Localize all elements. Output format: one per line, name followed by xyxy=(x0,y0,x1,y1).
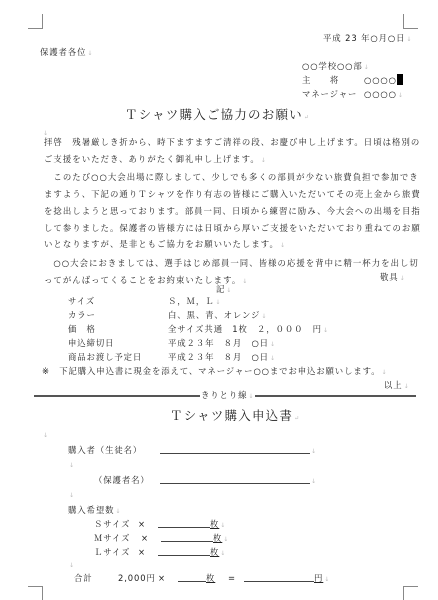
cut-line-label: きりとり線↓ xyxy=(200,389,255,401)
note: ※ 下記購入申込書に現金を添えて、マネージャー○○までお申込お願いします。↓ xyxy=(42,365,387,377)
detail-deadline: 申込締切日平成２３年 ８月 ○日↓ xyxy=(68,337,276,349)
text-cursor xyxy=(397,74,403,85)
detail-size: サイズＳ，Ｍ，Ｌ↓ xyxy=(68,295,221,307)
paragraph-mark: ↓ xyxy=(43,432,48,439)
size-s-quantity-blank[interactable] xyxy=(158,518,210,528)
paragraph-mark: ↓ xyxy=(69,492,74,499)
total-row: 合計2,000円×枚=円↓ xyxy=(74,572,330,584)
page-margin-corner-bottom-right xyxy=(403,586,418,600)
quantity-label: 購入希望数↓ xyxy=(68,504,121,516)
page-margin-corner-bottom-left xyxy=(28,586,43,600)
recipient: 保護者各位↓ xyxy=(40,46,93,58)
letter-body: 拝啓 残暑厳しき折から、時下ますますご清祥の段、お慶び申し上げます。日頃は格別の… xyxy=(44,134,404,290)
date: 平成 23 年○月○日↓ xyxy=(323,32,412,44)
size-l-quantity-blank[interactable] xyxy=(158,546,210,556)
letter-title: Ｔシャツ購入ご協力のお願い↵ xyxy=(125,105,310,123)
paragraph-mark: ↓ xyxy=(69,562,74,569)
page-margin-corner-top-left xyxy=(28,14,43,29)
sender-manager: マネージャー○○○○↓ xyxy=(302,88,404,100)
ki-heading: 記↓ xyxy=(216,283,232,295)
buyer-name-blank[interactable] xyxy=(160,444,310,454)
paragraph-mark: ↓ xyxy=(69,462,74,469)
closing-keigu: 敬具↓ xyxy=(380,271,406,283)
buyer-field: 購入者（生徒名）↓ xyxy=(68,444,317,456)
detail-price: 価 格全サイズ共通 1枚 ２，０００ 円↓ xyxy=(68,323,329,335)
size-m-quantity-blank[interactable] xyxy=(161,532,213,542)
detail-color: カラー白、黒、青、オレンジ↓ xyxy=(68,309,267,321)
sender-org: ○○学校○○部↓ xyxy=(302,60,370,72)
total-quantity-blank[interactable] xyxy=(178,572,206,582)
form-title: Ｔシャツ購入申込書↵ xyxy=(170,406,300,424)
guardian-name-blank[interactable] xyxy=(160,474,310,484)
total-amount-blank[interactable] xyxy=(244,572,314,582)
sender-captain: 主 将○○○○ xyxy=(302,74,403,86)
size-s-row: Ｓサイズ×枚↓ xyxy=(94,518,226,530)
closing-ijo: 以上↓ xyxy=(384,379,410,391)
page-margin-corner-top-right xyxy=(403,14,418,29)
size-m-row: Ｍサイズ×枚↓ xyxy=(94,532,229,544)
detail-delivery: 商品お渡し予定日平成２３年 ８月 ○日↓ xyxy=(68,351,276,363)
guardian-field: （保護者名）↓ xyxy=(94,474,317,486)
size-l-row: Ｌサイズ×枚↓ xyxy=(94,546,226,558)
